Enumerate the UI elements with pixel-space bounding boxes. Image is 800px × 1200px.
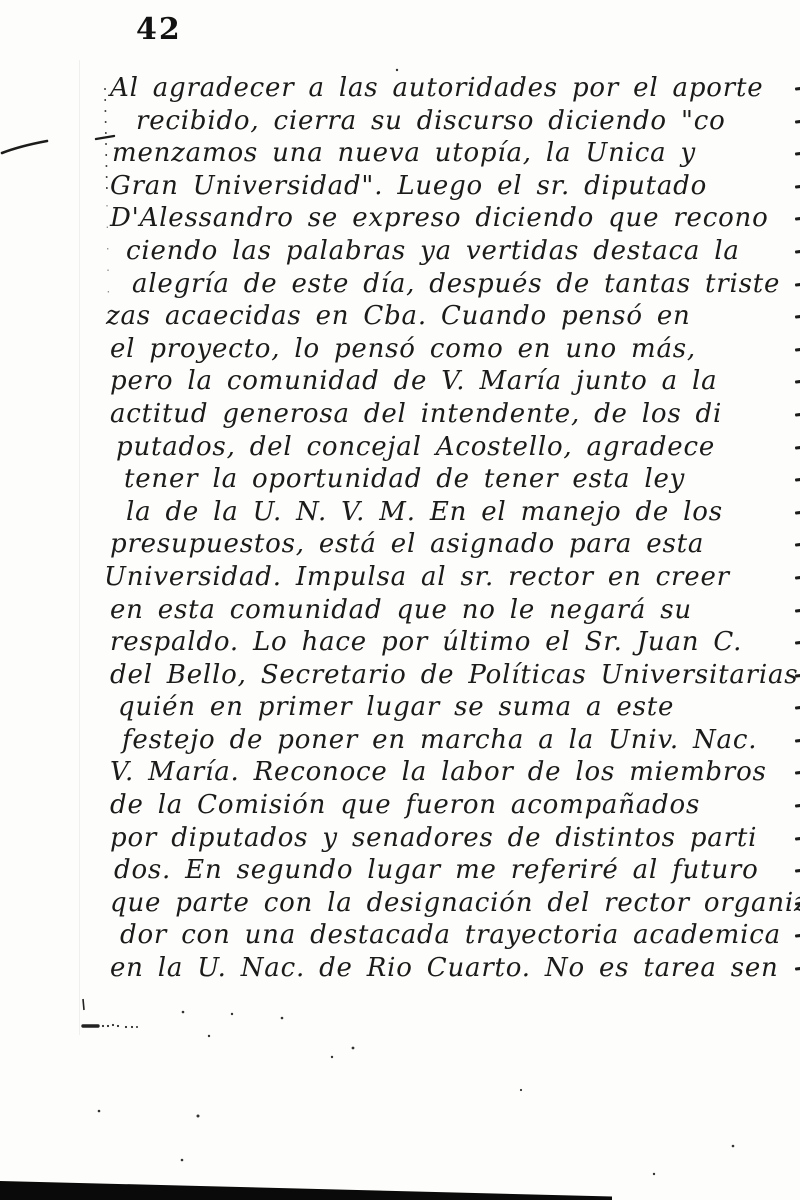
right-margin-dash-mark — [795, 608, 800, 612]
handwritten-line: alegría de este día, después de tantas t… — [110, 268, 792, 301]
handwritten-line: Gran Universidad". Luego el sr. diputado — [110, 170, 792, 203]
right-margin-dash-mark — [795, 152, 800, 156]
handwritten-line-text: putados, del concejal Acostello, agradec… — [116, 432, 715, 462]
bottom-scan-wedge — [0, 1181, 612, 1200]
handwritten-line-text: Gran Universidad". Luego el sr. diputado — [110, 171, 707, 201]
left-margin-pen-stroke — [2, 141, 47, 153]
handwritten-line: festejo de poner en marcha a la Univ. Na… — [110, 724, 792, 757]
right-margin-dash-mark — [795, 282, 800, 286]
handwritten-line: D'Alessandro se expreso diciendo que rec… — [110, 202, 792, 235]
handwritten-line: pero la comunidad de V. María junto a la — [110, 365, 792, 398]
handwritten-line-text: alegría de este día, después de tantas t… — [132, 269, 780, 299]
handwritten-line-text: V. María. Reconoce la labor de los miemb… — [110, 757, 767, 787]
handwritten-line-text: la de la U. N. V. M. En el manejo de los — [126, 497, 723, 527]
handwritten-line: de la Comisión que fueron acompañados — [110, 789, 792, 822]
page-number: 42 — [136, 12, 182, 47]
handwritten-line: por diputados y senadores de distintos p… — [110, 822, 792, 855]
right-margin-dash-mark — [795, 445, 800, 449]
handwritten-line: tener la oportunidad de tener esta ley — [110, 463, 792, 496]
handwritten-line-text: festejo de poner en marcha a la Univ. Na… — [122, 725, 757, 755]
handwritten-line: en esta comunidad que no le negará su — [110, 594, 792, 627]
right-margin-dash-mark — [795, 640, 800, 644]
handwritten-text-block: Al agradecer a las autoridades por el ap… — [110, 72, 792, 985]
handwritten-line: dos. En segundo lugar me referiré al fut… — [110, 854, 792, 887]
right-margin-dash-mark — [795, 217, 800, 221]
handwritten-line-text: el proyecto, lo pensó como en uno más, — [110, 334, 696, 364]
handwritten-line-text: dor con una destacada trayectoria academ… — [120, 920, 781, 950]
handwritten-line: quién en primer lugar se suma a este — [110, 691, 792, 724]
handwritten-line: V. María. Reconoce la labor de los miemb… — [110, 756, 792, 789]
handwritten-line-text: Universidad. Impulsa al sr. rector en cr… — [104, 562, 730, 592]
right-margin-dash-mark — [795, 673, 800, 677]
handwritten-line: respaldo. Lo hace por último el Sr. Juan… — [110, 626, 792, 659]
handwritten-line: ciendo las palabras ya vertidas destaca … — [110, 235, 792, 268]
handwritten-line: Al agradecer a las autoridades por el ap… — [110, 72, 792, 105]
handwritten-line: recibido, cierra su discurso diciendo "c… — [110, 105, 792, 138]
handwritten-line-text: tener la oportunidad de tener esta ley — [124, 464, 685, 494]
right-margin-dash-mark — [795, 771, 800, 775]
right-margin-dash-mark — [795, 543, 800, 547]
right-margin-dash-mark — [795, 347, 800, 351]
handwritten-line: que parte con la designación del rector … — [110, 887, 792, 920]
handwritten-line-text: ciendo las palabras ya vertidas destaca … — [126, 236, 740, 266]
smudge-tick — [83, 999, 84, 1010]
page-crease-line — [79, 60, 80, 1035]
smudge-dots — [102, 1024, 138, 1028]
handwritten-line-text: del Bello, Secretario de Políticas Unive… — [110, 660, 798, 690]
handwritten-line-text: por diputados y senadores de distintos p… — [110, 823, 757, 853]
right-margin-dash-mark — [795, 510, 800, 514]
right-margin-dash-mark — [795, 706, 800, 710]
right-margin-dash-mark — [795, 380, 800, 384]
handwritten-line-text: de la Comisión que fueron acompañados — [110, 790, 700, 820]
handwritten-line-text: Al agradecer a las autoridades por el ap… — [110, 73, 763, 103]
handwritten-line: presupuestos, está el asignado para esta — [110, 528, 792, 561]
handwritten-line: el proyecto, lo pensó como en uno más, — [110, 333, 792, 366]
handwritten-line-text: recibido, cierra su discurso diciendo "c… — [136, 106, 726, 136]
right-margin-dash-mark — [795, 184, 800, 188]
right-margin-dash-mark — [795, 934, 800, 938]
right-margin-dash-mark — [795, 477, 800, 481]
handwritten-line-text: en la U. Nac. de Rio Cuarto. No es tarea… — [110, 953, 779, 983]
right-margin-dash-mark — [795, 249, 800, 253]
handwritten-line-text: que parte con la designación del rector … — [110, 888, 800, 918]
handwritten-line: putados, del concejal Acostello, agradec… — [110, 431, 792, 464]
right-margin-dash-mark — [795, 314, 800, 318]
right-margin-dash-mark — [795, 966, 800, 970]
handwritten-line-text: en esta comunidad que no le negará su — [110, 595, 692, 625]
right-margin-dash-mark — [795, 412, 800, 416]
handwritten-line-text: D'Alessandro se expreso diciendo que rec… — [110, 203, 769, 233]
handwritten-line-text: pero la comunidad de V. María junto a la — [110, 366, 717, 396]
handwritten-line-text: presupuestos, está el asignado para esta — [110, 529, 704, 559]
right-margin-dash-mark — [795, 86, 800, 90]
handwritten-line-text: actitud generosa del intendente, de los … — [110, 399, 722, 429]
dotted-crease-line — [105, 88, 107, 196]
right-margin-dash-mark — [795, 836, 800, 840]
right-margin-dash-mark — [795, 901, 800, 905]
handwritten-line-text: zas acaecidas en Cba. Cuando pensó en — [106, 301, 691, 331]
handwritten-line: menzamos una nueva utopía, la Unica y — [110, 137, 792, 170]
handwritten-line: Universidad. Impulsa al sr. rector en cr… — [104, 561, 792, 594]
right-margin-dash-mark — [795, 119, 800, 123]
right-margin-dash-mark — [795, 738, 800, 742]
handwritten-line: actitud generosa del intendente, de los … — [110, 398, 792, 431]
handwritten-line: zas acaecidas en Cba. Cuando pensó en — [106, 300, 792, 333]
handwritten-line: en la U. Nac. de Rio Cuarto. No es tarea… — [110, 952, 792, 985]
right-margin-dash-mark — [795, 575, 800, 579]
handwritten-line: dor con una destacada trayectoria academ… — [110, 919, 792, 952]
handwritten-line: del Bello, Secretario de Políticas Unive… — [110, 659, 792, 692]
right-margin-dash-mark — [795, 869, 800, 873]
handwritten-line-text: dos. En segundo lugar me referiré al fut… — [114, 855, 759, 885]
handwritten-line: la de la U. N. V. M. En el manejo de los — [110, 496, 792, 529]
handwritten-line-text: menzamos una nueva utopía, la Unica y — [112, 138, 696, 168]
handwritten-line-text: quién en primer lugar se suma a este — [118, 692, 674, 722]
handwritten-line-text: respaldo. Lo hace por último el Sr. Juan… — [110, 627, 742, 657]
right-margin-dash-mark — [795, 803, 800, 807]
